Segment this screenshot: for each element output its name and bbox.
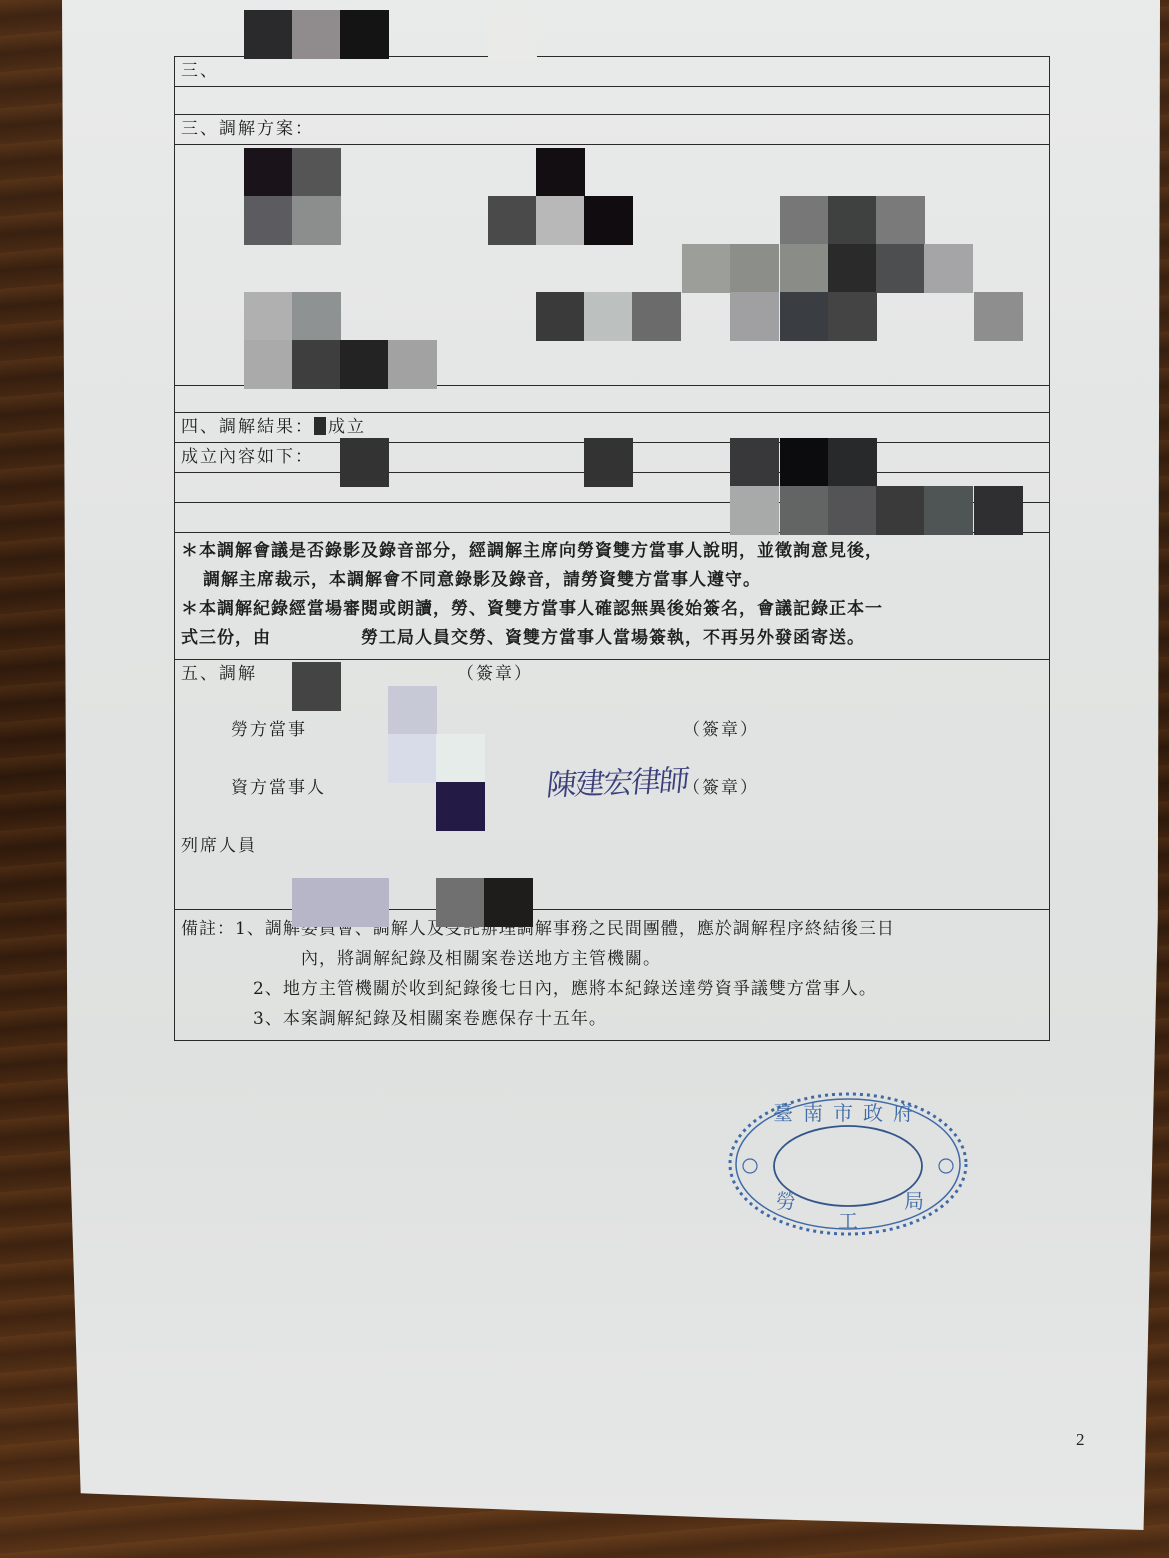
redaction-block — [780, 244, 829, 293]
redaction-block — [388, 686, 437, 735]
remarks-item-2: 2、地方主管機關於收到紀錄後七日內，應將本紀錄送達勞資爭議雙方當事人。 — [181, 974, 1043, 1004]
redaction-block — [244, 340, 293, 389]
notice-line-2: 調解主席裁示，本調解會不同意錄影及錄音，請勞資雙方當事人遵守。 — [181, 566, 1045, 595]
redaction-block — [730, 438, 779, 487]
redaction-block — [536, 196, 585, 245]
redaction-block — [974, 292, 1023, 341]
redaction-block — [244, 196, 293, 245]
remarks-block: 備註：1、調解委員會、調解人及受託辦理調解事務之民間團體，應於調解程序終結後三日… — [175, 910, 1049, 1041]
section-3-header: 三、 — [181, 61, 219, 81]
section-3-plan-row: 三、調解方案： — [175, 115, 1049, 145]
redaction-block — [340, 878, 389, 927]
redaction-block — [292, 662, 341, 711]
redaction-block — [340, 10, 389, 59]
employer-sign-suffix: （簽章） — [683, 774, 759, 802]
redaction-block — [828, 292, 877, 341]
redaction-block — [730, 292, 779, 341]
redaction-block — [292, 10, 341, 59]
redaction-block — [436, 734, 485, 783]
attendees-label: 列席人員 — [181, 832, 257, 860]
redaction-block — [876, 244, 925, 293]
redaction-block — [730, 486, 779, 535]
notice-line-1: ＊本調解會議是否錄影及錄音部分，經調解主席向勞資雙方當事人說明，並徵詢意見後， — [181, 537, 1045, 566]
redaction-block — [584, 292, 633, 341]
svg-text:工: 工 — [838, 1209, 858, 1233]
redaction-block — [632, 292, 681, 341]
redaction-block — [292, 292, 341, 341]
handwritten-signature: 陳建宏律師 — [545, 768, 689, 801]
remarks-item-3: 3、本案調解紀錄及相關案卷應保存十五年。 — [181, 1004, 1043, 1034]
redaction-block — [924, 486, 973, 535]
redaction-block — [388, 734, 437, 783]
redaction-block — [584, 196, 633, 245]
section-5-label: 五、調解 — [181, 660, 257, 688]
redaction-block — [244, 148, 293, 197]
section-3-spacer-row — [175, 385, 1049, 413]
redaction-block — [488, 196, 537, 245]
mediator-sign-suffix: （簽章） — [457, 660, 533, 688]
official-seal-icon: 臺南市政府 勞 工 局 — [726, 1090, 970, 1238]
redaction-block — [484, 878, 533, 927]
notice-block: ＊本調解會議是否錄影及錄音部分，經調解主席向勞資雙方當事人說明，並徵詢意見後， … — [175, 533, 1049, 660]
result-label: 四、調解結果： — [181, 417, 314, 437]
redaction-block — [876, 486, 925, 535]
remarks-label: 備註： — [181, 919, 235, 939]
employer-party-label: 資方當事人 — [231, 774, 326, 802]
redaction-block — [828, 244, 877, 293]
redaction-block — [292, 340, 341, 389]
redaction-block — [340, 340, 389, 389]
section-3-header-row: 三、 — [175, 57, 1049, 87]
redaction-block — [292, 148, 341, 197]
svg-text:臺南市政府: 臺南市政府 — [773, 1101, 923, 1125]
redaction-block — [730, 244, 779, 293]
redaction-block — [828, 438, 877, 487]
redaction-block — [584, 438, 633, 487]
redaction-block — [536, 292, 585, 341]
redaction-block — [876, 196, 925, 245]
section-3-plan-title: 三、調解方案： — [181, 119, 314, 139]
svg-text:勞: 勞 — [776, 1189, 796, 1213]
redaction-block — [244, 292, 293, 341]
labor-sign-suffix: （簽章） — [683, 716, 759, 744]
redaction-block — [924, 244, 973, 293]
redaction-block — [244, 10, 293, 59]
notice-line-3: ＊本調解紀錄經當場審閱或朗讀，勞、資雙方當事人確認無異後始簽名，會議記錄正本一 — [181, 595, 1045, 624]
redaction-block — [292, 878, 341, 927]
redaction-block — [780, 292, 829, 341]
labor-party-label: 勞方當事 — [231, 716, 307, 744]
redaction-block — [436, 878, 485, 927]
remarks-item-1-cont: 內，將調解紀錄及相關案卷送地方主管機關。 — [181, 944, 1043, 974]
redaction-block — [828, 486, 877, 535]
redaction-block — [536, 148, 585, 197]
redaction-block — [780, 486, 829, 535]
redaction-block — [388, 340, 437, 389]
notice-line-4: 式三份，由 勞工局人員交勞、資雙方當事人當場簽執，不再另外發函寄送。 — [181, 624, 1045, 653]
section-3-blank-row — [175, 87, 1049, 115]
document-page: 三、 三、調解方案： 四、調解結果：成立 成立內容如下： ＊本調解會議是否錄影及… — [62, 0, 1160, 1530]
content-label: 成立內容如下： — [181, 447, 314, 467]
redaction-block — [292, 196, 341, 245]
result-checkbox-redacted — [314, 417, 326, 435]
redaction-block — [828, 196, 877, 245]
redaction-block — [974, 486, 1023, 535]
result-value: 成立 — [328, 417, 366, 437]
redaction-block — [780, 196, 829, 245]
redaction-block — [780, 438, 829, 487]
redaction-block — [682, 244, 731, 293]
svg-text:局: 局 — [904, 1189, 924, 1213]
redaction-block — [488, 10, 537, 59]
page-number: 2 — [1076, 1430, 1085, 1450]
redaction-block — [340, 438, 389, 487]
redaction-block — [436, 782, 485, 831]
